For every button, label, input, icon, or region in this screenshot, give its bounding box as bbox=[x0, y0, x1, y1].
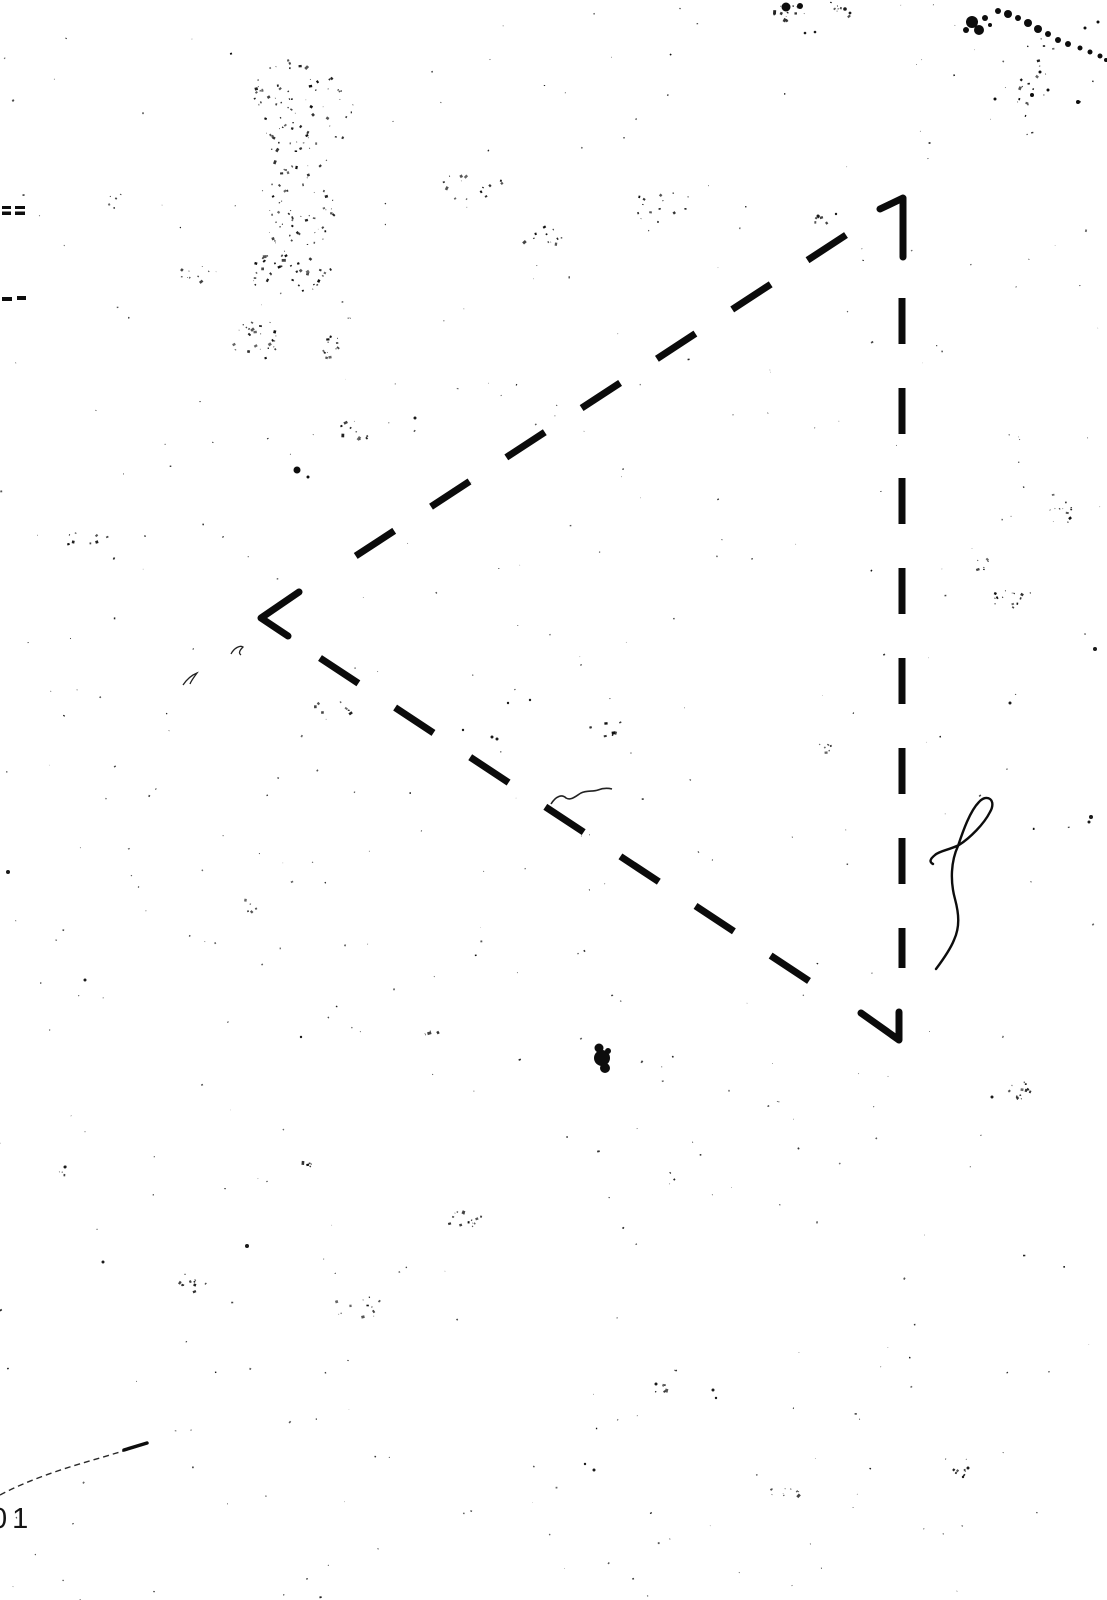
noise-speck bbox=[468, 1221, 470, 1223]
noise-speck bbox=[335, 348, 336, 349]
noise-speck bbox=[199, 280, 203, 284]
noise-speck bbox=[448, 1222, 451, 1225]
noise-speck bbox=[271, 149, 272, 150]
noise-speck bbox=[0, 1143, 1, 1144]
noise-speck bbox=[281, 201, 282, 202]
noise-speck bbox=[278, 184, 281, 187]
noise-speck bbox=[424, 1033, 425, 1034]
noise-speck bbox=[568, 276, 570, 278]
noise-speck bbox=[584, 431, 585, 432]
noise-speck bbox=[326, 116, 330, 120]
noise-speck bbox=[280, 102, 282, 104]
noise-speck bbox=[322, 275, 324, 277]
noise-speck bbox=[519, 565, 520, 566]
noise-speck bbox=[307, 177, 308, 178]
noise-speck bbox=[1054, 508, 1055, 509]
noise-speck bbox=[516, 384, 518, 386]
noise-speck bbox=[1031, 132, 1033, 134]
noise-speck bbox=[138, 886, 139, 888]
noise-speck bbox=[647, 1595, 648, 1596]
noise-speck bbox=[994, 603, 995, 604]
noise-speck bbox=[305, 134, 308, 137]
noise-speck bbox=[327, 352, 328, 353]
noise-speck bbox=[821, 1568, 822, 1569]
noise-speck bbox=[316, 284, 318, 286]
noise-speck bbox=[630, 752, 632, 754]
noise-speck bbox=[392, 121, 393, 122]
noise-speck bbox=[643, 198, 646, 201]
noise-speck bbox=[861, 248, 862, 249]
noise-speck bbox=[153, 1591, 155, 1593]
speck-dot bbox=[991, 1096, 994, 1099]
noise-speck bbox=[556, 237, 558, 240]
noise-speck bbox=[275, 243, 276, 244]
noise-speck bbox=[12, 99, 15, 102]
noise-speck bbox=[284, 124, 287, 127]
noise-speck bbox=[97, 1229, 98, 1230]
noise-speck bbox=[319, 1596, 322, 1598]
noise-speck bbox=[780, 12, 783, 16]
noise-speck bbox=[640, 497, 641, 498]
noise-speck bbox=[155, 788, 157, 790]
noise-speck bbox=[452, 1216, 454, 1218]
mini-squiggle-0 bbox=[231, 646, 243, 655]
noise-speck bbox=[154, 1156, 155, 1157]
noise-speck bbox=[351, 111, 352, 113]
noise-speck bbox=[535, 423, 537, 425]
noise-speck bbox=[378, 1300, 381, 1303]
noise-speck bbox=[409, 792, 410, 794]
noise-speck bbox=[349, 317, 350, 319]
speck-dot bbox=[64, 1166, 67, 1169]
noise-speck bbox=[142, 112, 143, 114]
noise-speck bbox=[234, 349, 236, 351]
noise-speck bbox=[61, 1171, 62, 1172]
noise-speck bbox=[313, 434, 314, 435]
smudge-blob bbox=[1076, 100, 1080, 104]
noise-speck bbox=[673, 618, 675, 620]
noise-speck bbox=[308, 215, 310, 217]
noise-speck bbox=[1002, 1036, 1004, 1038]
noise-speck bbox=[355, 431, 357, 432]
noise-speck bbox=[815, 1459, 816, 1460]
noise-speck bbox=[956, 1591, 957, 1592]
scratch-line-tip bbox=[124, 1443, 147, 1450]
noise-speck bbox=[277, 211, 280, 214]
noise-speck bbox=[604, 883, 605, 884]
noise-speck bbox=[472, 675, 473, 676]
noise-speck bbox=[254, 277, 257, 279]
noise-speck bbox=[309, 257, 313, 261]
noise-speck bbox=[291, 225, 294, 228]
noise-speck bbox=[340, 1313, 341, 1315]
noise-speck bbox=[80, 847, 81, 848]
noise-speck bbox=[669, 1172, 671, 1174]
noise-speck bbox=[1052, 494, 1055, 496]
noise-speck bbox=[302, 183, 304, 186]
noise-speck bbox=[659, 194, 663, 198]
noise-speck bbox=[267, 95, 271, 99]
noise-speck bbox=[188, 271, 189, 272]
noise-speck bbox=[1011, 516, 1012, 517]
noise-speck bbox=[230, 1110, 231, 1111]
noise-speck bbox=[1002, 597, 1004, 599]
noise-speck bbox=[367, 944, 368, 945]
noise-speck bbox=[287, 59, 289, 61]
noise-speck bbox=[1030, 592, 1031, 593]
noise-speck bbox=[306, 270, 310, 274]
noise-speck bbox=[1020, 78, 1023, 81]
noise-speck bbox=[669, 1538, 670, 1539]
noise-speck bbox=[347, 1360, 349, 1361]
noise-speck bbox=[689, 779, 691, 781]
scan-artifacts bbox=[0, 3, 1107, 1496]
speck-dot bbox=[715, 1397, 717, 1399]
noise-speck bbox=[264, 117, 267, 120]
noise-speck bbox=[189, 277, 191, 279]
noise-speck bbox=[536, 265, 537, 266]
noise-speck bbox=[306, 1578, 308, 1580]
noise-speck bbox=[275, 335, 276, 336]
noise-speck bbox=[517, 625, 518, 626]
noise-speck bbox=[223, 835, 224, 836]
noise-speck bbox=[321, 711, 324, 714]
noise-speck bbox=[273, 346, 274, 347]
noise-speck bbox=[330, 212, 333, 215]
noise-speck bbox=[275, 98, 276, 99]
noise-speck bbox=[329, 125, 330, 126]
noise-speck bbox=[1065, 502, 1067, 504]
noise-speck bbox=[745, 206, 746, 207]
noise-speck bbox=[684, 208, 686, 210]
noise-speck bbox=[248, 556, 249, 557]
noise-speck bbox=[983, 569, 985, 570]
noise-speck bbox=[299, 125, 302, 128]
noise-speck bbox=[349, 1409, 350, 1410]
noise-speck bbox=[954, 25, 955, 26]
noise-speck bbox=[454, 197, 457, 200]
noise-speck bbox=[4, 57, 6, 59]
noise-speck bbox=[307, 244, 309, 245]
noise-speck bbox=[1013, 593, 1015, 595]
noise-speck bbox=[319, 269, 322, 272]
noise-speck bbox=[332, 213, 335, 216]
noise-speck bbox=[607, 1562, 609, 1564]
noise-speck bbox=[516, 798, 517, 799]
noise-speck bbox=[617, 1419, 619, 1421]
noise-speck bbox=[792, 836, 793, 838]
noise-speck bbox=[317, 702, 320, 705]
noise-speck bbox=[269, 67, 271, 69]
noise-speck bbox=[357, 436, 362, 441]
noise-speck bbox=[372, 1310, 375, 1314]
noise-speck bbox=[1023, 486, 1025, 488]
noise-speck bbox=[1005, 590, 1006, 591]
noise-speck bbox=[202, 524, 204, 526]
noise-speck bbox=[639, 384, 641, 386]
noise-speck bbox=[802, 994, 804, 996]
noise-speck bbox=[431, 71, 433, 73]
noise-speck bbox=[227, 1503, 228, 1504]
noise-speck bbox=[814, 221, 816, 224]
noise-speck bbox=[328, 88, 329, 89]
noise-speck bbox=[500, 180, 502, 182]
noise-speck bbox=[1021, 1098, 1022, 1099]
noise-speck bbox=[313, 217, 316, 219]
noise-speck bbox=[352, 104, 353, 105]
noise-speck bbox=[593, 1394, 594, 1395]
noise-speck bbox=[291, 219, 293, 222]
noise-speck bbox=[354, 791, 356, 793]
noise-speck bbox=[262, 190, 263, 191]
noise-speck bbox=[260, 349, 261, 350]
noise-speck bbox=[323, 272, 326, 275]
noise-speck bbox=[712, 859, 713, 860]
ink-blob bbox=[782, 3, 791, 12]
noise-speck bbox=[337, 338, 338, 339]
noise-speck bbox=[1048, 1371, 1050, 1372]
noise-speck bbox=[280, 948, 281, 950]
smudge-blob bbox=[1098, 54, 1103, 59]
scanned-page: 01 bbox=[0, 0, 1107, 1600]
smudge-blob bbox=[974, 25, 984, 35]
noise-speck bbox=[616, 1317, 618, 1319]
noise-speck bbox=[485, 195, 488, 198]
noise-speck bbox=[455, 1213, 456, 1214]
noise-speck bbox=[371, 1306, 373, 1307]
noise-speck bbox=[731, 1187, 732, 1188]
noise-speck bbox=[15, 920, 16, 921]
noise-speck bbox=[545, 233, 547, 235]
noise-speck bbox=[814, 427, 815, 428]
noise-speck bbox=[288, 62, 291, 65]
noise-speck bbox=[673, 193, 675, 194]
noise-speck bbox=[1025, 1089, 1028, 1092]
noise-speck bbox=[303, 142, 305, 144]
noise-speck bbox=[554, 415, 555, 416]
noise-speck bbox=[1043, 94, 1044, 95]
noise-speck bbox=[617, 333, 618, 334]
noise-speck bbox=[597, 1150, 600, 1152]
noise-speck bbox=[260, 334, 261, 335]
noise-speck bbox=[280, 292, 282, 294]
noise-speck bbox=[341, 434, 344, 438]
noise-speck bbox=[926, 742, 927, 743]
noise-speck bbox=[37, 535, 38, 536]
noise-speck bbox=[290, 142, 292, 144]
smudge-blob bbox=[1045, 31, 1051, 37]
noise-speck bbox=[739, 227, 741, 229]
noise-speck bbox=[604, 735, 607, 737]
noise-speck bbox=[936, 345, 937, 346]
noise-speck bbox=[273, 160, 277, 164]
noise-speck bbox=[929, 142, 931, 144]
noise-speck bbox=[341, 136, 344, 139]
noise-speck bbox=[779, 1204, 781, 1206]
noise-speck bbox=[611, 995, 613, 997]
noise-speck bbox=[311, 113, 315, 117]
noise-speck bbox=[698, 851, 700, 853]
noise-speck bbox=[306, 100, 307, 101]
speck-dot bbox=[507, 702, 509, 704]
noise-speck bbox=[880, 1366, 881, 1367]
noise-speck bbox=[259, 853, 260, 854]
noise-speck bbox=[239, 330, 240, 331]
noise-speck bbox=[69, 534, 70, 536]
noise-speck bbox=[284, 254, 288, 257]
noise-speck bbox=[360, 1031, 361, 1032]
noise-speck bbox=[222, 536, 224, 538]
noise-speck bbox=[1043, 45, 1045, 47]
noise-speck bbox=[128, 848, 130, 850]
smudge-blob bbox=[1034, 25, 1042, 33]
noise-speck bbox=[840, 7, 842, 10]
noise-speck bbox=[489, 59, 490, 60]
noise-speck bbox=[332, 200, 333, 201]
noise-speck bbox=[282, 126, 284, 128]
noise-speck bbox=[6, 771, 7, 773]
noise-speck bbox=[204, 941, 205, 942]
noise-speck bbox=[377, 1548, 378, 1550]
noise-speck bbox=[189, 1280, 192, 1283]
noise-speck bbox=[955, 1472, 957, 1474]
noise-speck bbox=[248, 328, 250, 330]
edge-dash-mark bbox=[2, 297, 12, 301]
noise-speck bbox=[301, 1161, 304, 1165]
noise-speck bbox=[945, 813, 946, 814]
noise-speck bbox=[1041, 38, 1042, 39]
noise-speck bbox=[778, 1101, 779, 1102]
noise-speck bbox=[345, 116, 347, 118]
noise-speck bbox=[271, 237, 274, 240]
noise-speck bbox=[589, 834, 590, 835]
noise-speck bbox=[341, 301, 343, 303]
noise-speck bbox=[165, 444, 166, 445]
noise-speck bbox=[314, 232, 316, 233]
noise-speck bbox=[59, 1171, 60, 1172]
noise-speck bbox=[230, 53, 232, 55]
noise-speck bbox=[425, 1034, 426, 1035]
noise-speck bbox=[253, 280, 254, 281]
noise-speck bbox=[1018, 462, 1019, 463]
noise-speck bbox=[128, 317, 129, 319]
noise-speck bbox=[215, 1371, 217, 1373]
noise-speck bbox=[1085, 229, 1087, 232]
noise-speck bbox=[189, 935, 191, 937]
noise-speck bbox=[324, 882, 326, 884]
noise-speck bbox=[243, 324, 244, 325]
noise-speck bbox=[459, 1224, 462, 1227]
noise-speck bbox=[349, 1305, 351, 1308]
noise-speck bbox=[281, 254, 284, 257]
noise-speck bbox=[63, 1580, 64, 1581]
noise-speck bbox=[500, 395, 502, 397]
noise-speck bbox=[870, 570, 872, 572]
noise-speck bbox=[1063, 1266, 1065, 1268]
smudge-blob bbox=[1039, 71, 1042, 74]
noise-speck bbox=[1019, 439, 1020, 440]
noise-speck bbox=[440, 102, 441, 103]
smudge-blob bbox=[1047, 89, 1050, 92]
noise-speck bbox=[482, 187, 484, 189]
noise-speck bbox=[697, 23, 699, 24]
noise-speck bbox=[1027, 134, 1028, 135]
noise-speck bbox=[254, 98, 256, 100]
noise-speck bbox=[193, 1283, 196, 1286]
noise-speck bbox=[739, 1572, 740, 1573]
speck-dot bbox=[84, 979, 87, 982]
noise-speck bbox=[434, 976, 435, 977]
noise-speck bbox=[212, 442, 214, 444]
noise-speck bbox=[273, 330, 276, 334]
speck-dot bbox=[584, 1463, 586, 1465]
noise-speck bbox=[729, 1090, 730, 1092]
noise-speck bbox=[22, 194, 24, 196]
noise-speck bbox=[858, 1073, 859, 1074]
noise-speck bbox=[498, 568, 499, 569]
noise-speck bbox=[295, 150, 297, 152]
noise-speck bbox=[920, 131, 921, 132]
noise-speck bbox=[673, 1178, 675, 1180]
noise-speck bbox=[334, 1273, 335, 1274]
noise-speck bbox=[117, 307, 119, 309]
noise-speck bbox=[480, 190, 483, 193]
noise-speck bbox=[282, 863, 283, 864]
noise-speck bbox=[214, 942, 216, 944]
noise-speck bbox=[436, 1031, 439, 1035]
noise-speck bbox=[328, 356, 331, 359]
noise-speck bbox=[316, 1418, 317, 1420]
noise-speck bbox=[105, 798, 107, 800]
noise-speck bbox=[261, 963, 263, 965]
noise-speck bbox=[308, 138, 309, 139]
noise-speck bbox=[305, 219, 309, 222]
noise-speck bbox=[942, 351, 943, 353]
noise-speck bbox=[287, 171, 290, 174]
noise-speck bbox=[314, 192, 315, 193]
noise-speck bbox=[970, 1166, 971, 1167]
noise-speck bbox=[721, 539, 722, 540]
noise-speck bbox=[40, 982, 41, 983]
noise-speck bbox=[123, 473, 124, 474]
noise-speck bbox=[475, 1217, 478, 1220]
noise-speck bbox=[819, 744, 821, 746]
noise-speck bbox=[72, 1523, 74, 1525]
noise-speck bbox=[921, 59, 922, 60]
noise-speck bbox=[1028, 259, 1029, 260]
noise-speck bbox=[0, 490, 2, 492]
noise-speck bbox=[716, 556, 717, 558]
noise-speck bbox=[244, 899, 247, 902]
noise-speck bbox=[1016, 603, 1018, 605]
noise-speck bbox=[793, 1119, 794, 1120]
noise-speck bbox=[547, 241, 549, 243]
noise-speck bbox=[316, 80, 319, 83]
speck-dot bbox=[102, 1261, 105, 1264]
ink-blob bbox=[294, 467, 301, 474]
noise-speck bbox=[271, 339, 274, 342]
noise-speck bbox=[153, 1194, 154, 1195]
noise-speck bbox=[924, 1235, 925, 1236]
noise-speck bbox=[770, 372, 771, 373]
noise-speck bbox=[784, 93, 785, 95]
noise-speck bbox=[278, 87, 281, 90]
noise-speck bbox=[1055, 245, 1056, 246]
noise-speck bbox=[323, 190, 325, 193]
noise-speck bbox=[972, 548, 973, 549]
noise-speck bbox=[927, 158, 928, 159]
noise-speck bbox=[986, 558, 989, 561]
